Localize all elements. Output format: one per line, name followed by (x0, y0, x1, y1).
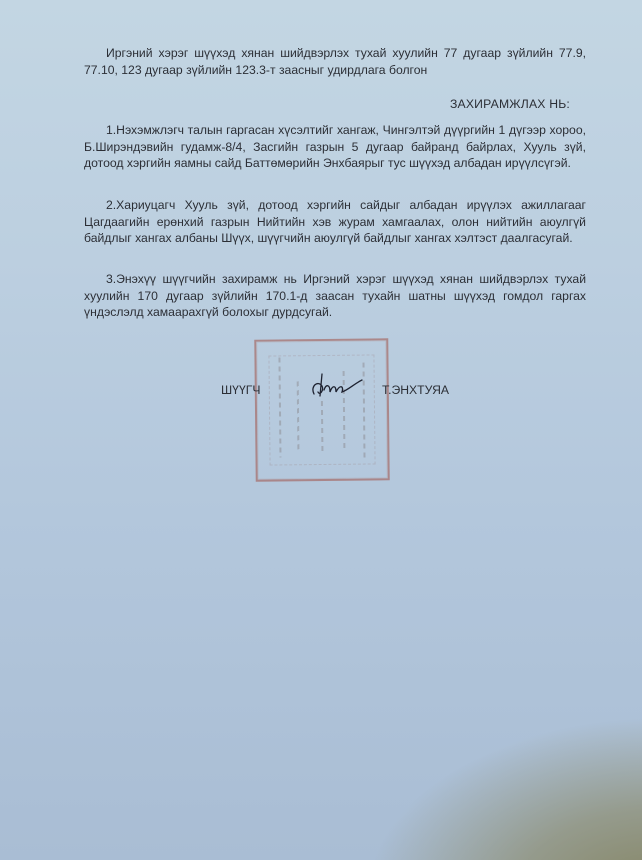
handwritten-signature-icon (308, 372, 364, 402)
resolution-item-1: 1.Нэхэмжлэгч талын гаргасан хүсэлтийг ха… (84, 122, 586, 172)
intro-text: Иргэний хэрэг шүүхэд хянан шийдвэрлэх ту… (84, 46, 586, 77)
judge-title: ШҮҮГЧ (221, 383, 260, 397)
intro-paragraph: Иргэний хэрэг шүүхэд хянан шийдвэрлэх ту… (84, 45, 586, 78)
resolution-item-3: 3.Энэхүү шүүгчийн захирамж нь Иргэний хэ… (84, 271, 586, 321)
document-page: Иргэний хэрэг шүүхэд хянан шийдвэрлэх ту… (0, 0, 642, 860)
item-text: 2.Хариуцагч Хууль зүй, дотоод хэргийн са… (84, 198, 586, 245)
judge-name: Т.ЭНХТУЯА (382, 383, 449, 397)
resolution-item-2: 2.Хариуцагч Хууль зүй, дотоод хэргийн са… (84, 197, 586, 247)
official-seal-icon (254, 338, 389, 481)
item-text: 1.Нэхэмжлэгч талын гаргасан хүсэлтийг ха… (84, 123, 586, 170)
item-text: 3.Энэхүү шүүгчийн захирамж нь Иргэний хэ… (84, 272, 586, 319)
resolution-heading: ЗАХИРАМЖЛАХ НЬ: (450, 97, 570, 111)
